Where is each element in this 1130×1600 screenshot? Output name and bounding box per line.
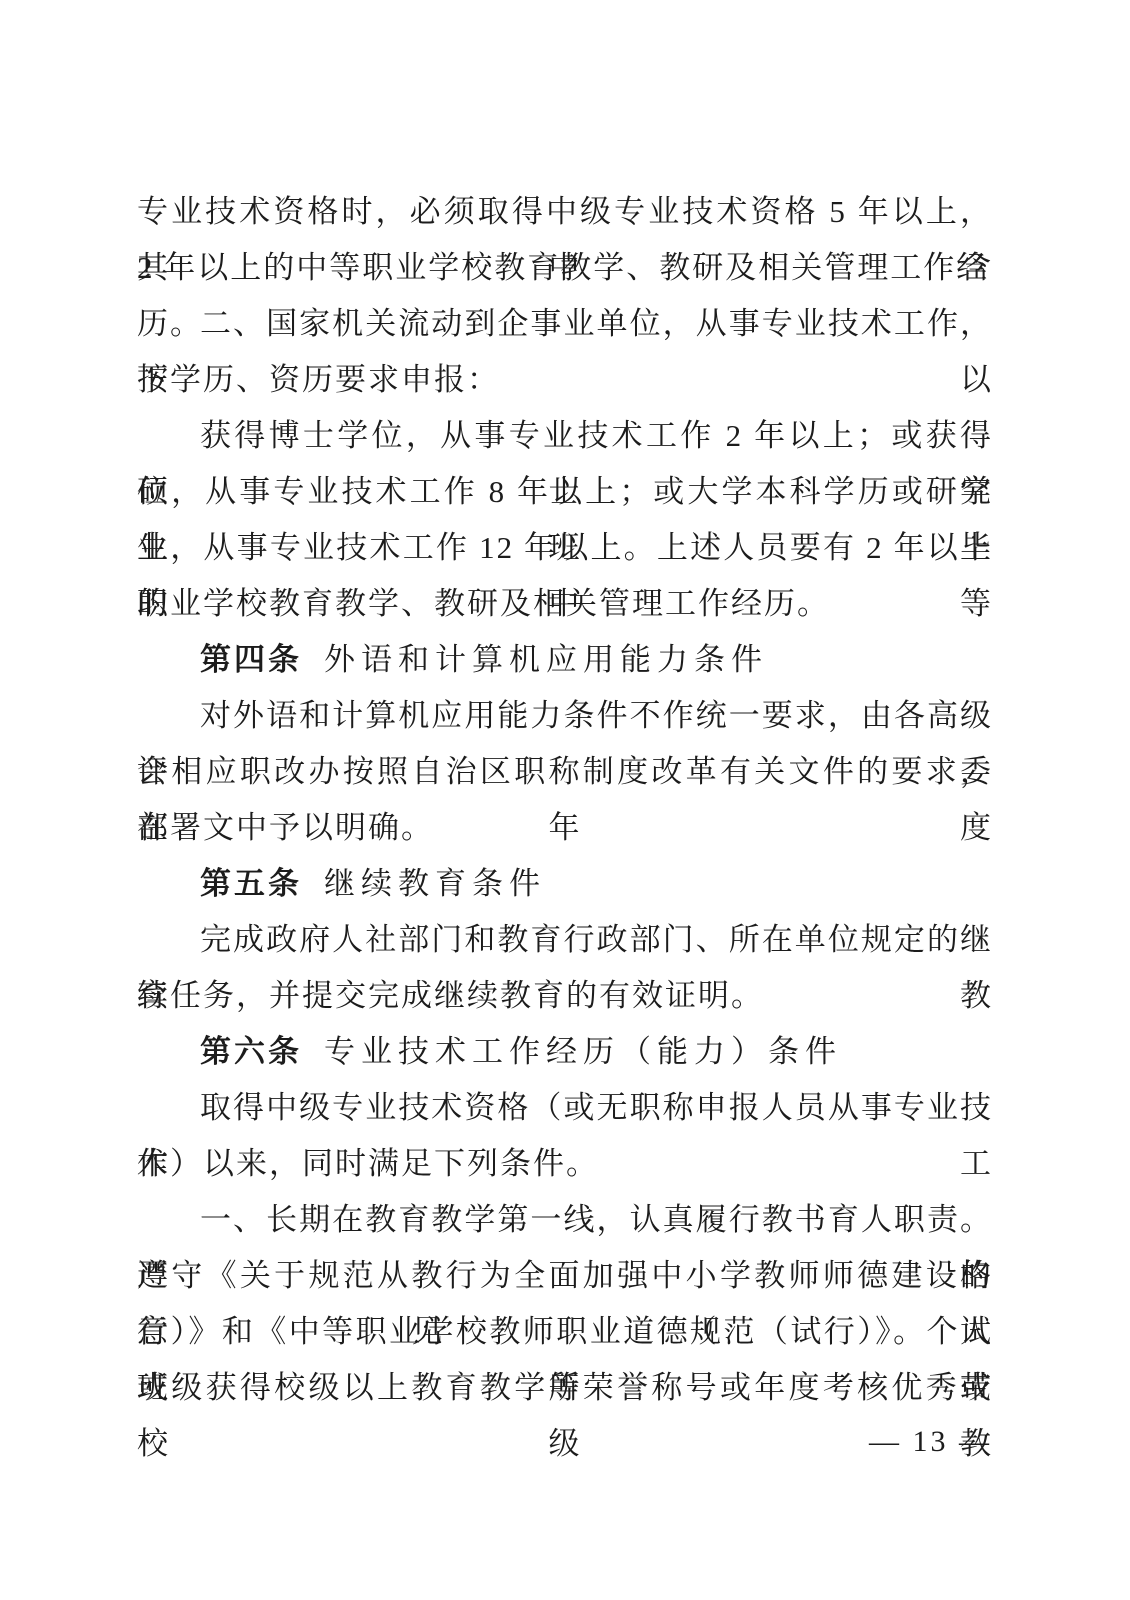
article-title: 专业技术工作经历（能力）条件 bbox=[324, 1034, 842, 1069]
article-number: 第五条 bbox=[200, 866, 302, 901]
text-line: 行）》和《中等职业学校教师职业道德规范（试行）》。个人或所带 bbox=[137, 1304, 993, 1360]
text-line: 对外语和计算机应用能力条件不作统一要求，由各高级评委 bbox=[137, 688, 993, 744]
text-line: 会相应职改办按照自治区职称制度改革有关文件的要求，在年度 bbox=[137, 744, 993, 800]
document-body: 专业技术资格时，必须取得中级专业技术资格 5 年以上，其中含2 年以上的中等职业… bbox=[137, 184, 993, 1416]
text-line: 一、长期在教育教学第一线，认真履行教书育人职责。严格 bbox=[137, 1192, 993, 1248]
text-line: 遵守《关于规范从教行为全面加强中小学教师师德建设的意见（试 bbox=[137, 1248, 993, 1304]
article-title: 外语和计算机应用能力条件 bbox=[324, 642, 768, 677]
text-line: 班级获得校级以上教育教学等荣誉称号或年度考核优秀或校级教 bbox=[137, 1360, 993, 1416]
text-line: 业，从事专业技术工作 12 年以上。上述人员要有 2 年以上的中等 bbox=[137, 520, 993, 576]
article-number: 第六条 bbox=[200, 1034, 302, 1069]
text-line: 2 年以上的中等职业学校教育教学、教研及相关管理工作经历。 bbox=[137, 240, 993, 296]
article-number: 第四条 bbox=[200, 642, 302, 677]
document-page: 专业技术资格时，必须取得中级专业技术资格 5 年以上，其中含2 年以上的中等职业… bbox=[0, 0, 1130, 1600]
article-heading: 第六条专业技术工作经历（能力）条件 bbox=[137, 1024, 993, 1080]
page-number: — 13 — bbox=[869, 1420, 992, 1464]
text-line: 完成政府人社部门和教育行政部门、所在单位规定的继续教 bbox=[137, 912, 993, 968]
article-heading: 第五条继续教育条件 bbox=[137, 856, 993, 912]
article-heading: 第四条外语和计算机应用能力条件 bbox=[137, 632, 993, 688]
text-line: 专业技术资格时，必须取得中级专业技术资格 5 年以上，其中含 bbox=[137, 184, 993, 240]
text-line: 位，从事专业技术工作 8 年以上；或大学本科学历或研究生班毕 bbox=[137, 464, 993, 520]
text-line: 获得博士学位，从事专业技术工作 2 年以上；或获得硕士学 bbox=[137, 408, 993, 464]
article-title: 继续教育条件 bbox=[324, 866, 546, 901]
text-line: 取得中级专业技术资格（或无职称申报人员从事专业技术工 bbox=[137, 1080, 993, 1136]
text-line: 二、国家机关流动到企事业单位，从事专业技术工作，按以 bbox=[137, 296, 993, 352]
